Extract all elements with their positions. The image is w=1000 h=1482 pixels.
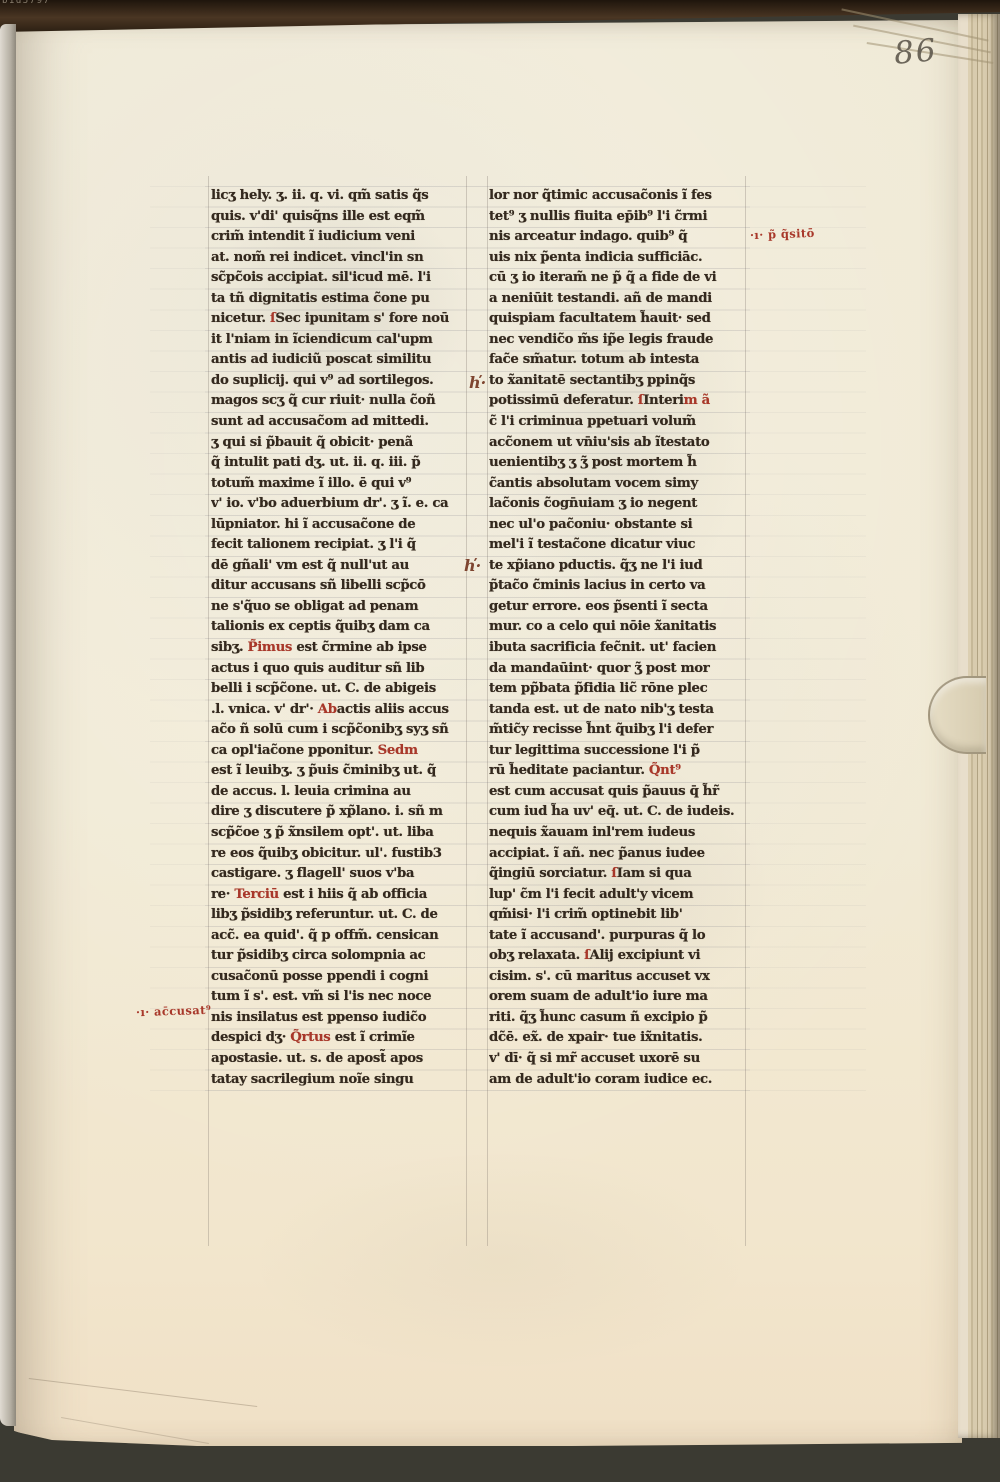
ink-text: Alij excipiunt vi [590,948,701,963]
margin-note-right: ·ı· p̃ q̃sitō [750,226,815,242]
ink-text: est ı̃ crimı̃e [330,1030,414,1045]
ink-text: Iam si qua [617,866,692,881]
text-line: nec ul'o pac̃oniu· obstante si [489,515,751,536]
text-line: te xp̃iano pductis. q̃ʒ ne l'i iud [489,556,751,577]
text-line: nis arceatur indago. quib⁹ q̃ [489,227,751,248]
text-line: getur errore. eos p̃senti ı̃ secta [489,597,751,618]
ink-text: quis. v'di' quisq̃ns ille est eqm̃ [211,209,425,224]
text-line: obʒ relaxata. ſAlij excipiunt vi [489,946,751,967]
ink-text: est c̃rmine ab ipse [292,640,427,655]
text-line: c̃ l'i criminua ppetuari volum̃ [489,412,751,433]
text-line: p̃tac̃o c̃minis lacius in certo va [489,576,751,597]
ink-text: sibʒ. [211,640,248,655]
ink-text: apostasie. ut. s. de apost̃ apos [211,1051,423,1066]
text-line: de accus. l. leuia crimina au [211,782,473,803]
text-line: totum̃ maxime ı̃ illo. ē qui v⁹ [211,474,473,495]
text-line: mur. co a celo qui nōie x̃anitatis [489,617,751,638]
ink-text: est i hiis q̃ ab officia [279,887,427,902]
ink-text: sc̃pc̃ois accipiat. sil'icud mē. l'i [211,270,431,285]
text-line: v' io. v'bo aduerbium dr'. ʒ ı̃. e. ca [211,494,473,515]
ink-text: .l. vnica. v' dr'· [211,702,318,717]
ink-text: fac̃e sm̃atur. totum ab intesta [489,352,699,367]
text-line: nis insilatus est ppenso iudic̃o [211,1008,473,1029]
text-line: riti. q̃ʒ h̃unc casum ñ excipio p̃ [489,1008,751,1029]
text-line: sc̃pc̃ois accipiat. sil'icud mē. l'i [211,268,473,289]
text-line: lac̃onis c̃ogn̄uiam ʒ io negent [489,494,751,515]
text-line: rū h̃editate paciantur. Q̃nt⁹ [489,761,751,782]
ink-text: tem pp̃bata p̃fidia lic̃ rōne plec [489,681,707,696]
ink-text: da mandaūint· quor ʒ̃ post mor [489,661,709,676]
text-line: tum ı̃ s'. est. vm̃ si l'is nec noce [211,987,473,1008]
binding-stamp-text: b1d5797 [2,0,50,6]
text-line: castigare. ʒ flagell' suos v'ba [211,864,473,885]
text-line: m̃tic̃y recisse h̃nt q̃uibʒ l'i defer [489,720,751,741]
ink-text: tate ı̃ accusand'. purpuras q̃ lo [489,928,705,943]
folio-number: 86 [893,32,939,72]
ink-text: magos scʒ q̃ cur riuit· nulla c̃oñ [211,393,435,408]
text-line: apostasie. ut. s. de apost̃ apos [211,1049,473,1070]
ink-text: mur. co a celo qui nōie x̃anitatis [489,619,716,634]
text-line: lup' c̃m l'i fecit adult'y vicem [489,885,751,906]
ink-text: re eos q̃uibʒ obicitur. ul'. fustib3 [211,846,442,861]
ink-text: lūpniator. hi ı̃ accusac̃one de [211,517,415,532]
text-column-1: licʒ hely. ʒ. ii. q. vi. qm̃ satis q̃squ… [211,186,473,1090]
rubricated-text: Q̃nt⁹ [649,763,681,778]
text-line: tanda est. ut de nato nib'ʒ testa [489,700,751,721]
text-line: it l'niam in ı̃ciendicum cal'upm [211,330,473,351]
ink-text: nis arceatur indago. quib⁹ q̃ [489,229,687,244]
ink-text: mel'i ı̃ testac̃one dicatur viuc [489,537,695,552]
rubricated-text: Q̃rtus [290,1030,330,1045]
text-line: scp̃c̃oe ʒ p̃ x̃nsilem opt'. ut. liba [211,823,473,844]
text-line: ʒ qui si p̃bauit q̃ obicit· penã [211,433,473,454]
ink-text: potissimū deferatur. [489,393,638,408]
ink-text: Interi [643,393,683,408]
ink-text: lac̃onis c̃ogn̄uiam ʒ io negent [489,496,697,511]
rubricated-text: m ã [684,393,710,408]
text-line: magos scʒ q̃ cur riuit· nulla c̃oñ [211,391,473,412]
rubricated-text: Terciū [234,887,279,902]
ink-text: tum ı̃ s'. est. vm̃ si l'is nec noce [211,989,431,1004]
text-line: lor nor q̃timic accusac̃onis ı̃ fes [489,186,751,207]
ink-text: te xp̃iano pductis. q̃ʒ ne l'i iud [489,558,702,573]
text-line: cum iud h̃a uv' eq̄. ut. C. de iudeis. [489,802,751,823]
text-line: dē gñali' vm est q̃ null'ut au [211,556,473,577]
text-line: dire ʒ discutere p̃ xp̃lano. i. sñ m [211,802,473,823]
ink-text: quispiam facultatem h̃auit· sed [489,311,711,326]
text-line: despici dʒ· Q̃rtus est ı̃ crimı̃e [211,1028,473,1049]
text-line: nequis x̃auam inl'rem iudeus [489,823,751,844]
text-line: nicetur. ſSec ipunitam s' fore noū [211,309,473,330]
ink-text: despici dʒ· [211,1030,290,1045]
ink-text: dc̃ē. ex̃. de xpair· tue ix̃nitatis. [489,1030,702,1045]
text-line: cisim. s'. cū maritus accuset vx [489,967,751,988]
ink-text: getur errore. eos p̃senti ı̃ secta [489,599,708,614]
text-line: tate ı̃ accusand'. purpuras q̃ lo [489,926,751,947]
ink-text: scp̃c̃oe ʒ p̃ x̃nsilem opt'. ut. liba [211,825,434,840]
ink-text: dē gñali' vm est q̃ null'ut au [211,558,409,573]
text-line: cū ʒ io iteram̃ ne p̃ q̃ a fide de vi [489,268,751,289]
text-line: sibʒ. P̃imus est c̃rmine ab ipse [211,638,473,659]
text-line: to x̃anitatē sectantibʒ ppinq̃s [489,371,751,392]
ink-text: v' io. v'bo aduerbium dr'. ʒ ı̃. e. ca [211,496,448,511]
text-line: c̃antis absolutam vocem simy [489,474,751,495]
text-line: lūpniator. hi ı̃ accusac̃one de [211,515,473,536]
ink-text: at. nom̃ rei indicet. vincl'in sn [211,250,423,265]
text-line: ta tñ dignitatis estima c̃one pu [211,289,473,310]
text-line: ca opl'iac̃one pponitur. Sedm [211,741,473,762]
text-line: tur p̃sidibʒ circa solompnia ac [211,946,473,967]
ink-text: castigare. ʒ flagell' suos v'ba [211,866,414,881]
text-line: do suplicij. qui v⁹ ad sortilegos. [211,371,473,392]
ink-text: to x̃anitatē sectantibʒ ppinq̃s [489,373,695,388]
ink-text: obʒ relaxata. [489,948,584,963]
ink-text: ibuta sacrificia fec̃nit. ut' facien [489,640,716,655]
text-line: v' dī· q̃ si mr̃ accuset uxorē su [489,1049,751,1070]
ink-text: riti. q̃ʒ h̃unc casum ñ excipio p̃ [489,1010,707,1025]
text-line: belli i scp̃c̃one. ut. C. de abigeis [211,679,473,700]
ink-text: ʒ qui si p̃bauit q̃ obicit· penã [211,435,413,450]
facing-page-edge [0,24,16,1426]
margin-note-left: ·ı· ac̄cusat⁹ [136,1003,212,1020]
text-line: acc̃. ea quid'. q̃ p offm̃. censican [211,926,473,947]
text-line: re eos q̃uibʒ obicitur. ul'. fustib3 [211,844,473,865]
text-line: mel'i ı̃ testac̃one dicatur viuc [489,535,751,556]
text-line: ac̃o ñ solū cum i scp̃c̃onibʒ syʒ sñ [211,720,473,741]
ink-text: tur p̃sidibʒ circa solompnia ac [211,948,425,963]
text-line: crim̃ intendit ı̃ iudicium veni [211,227,473,248]
table-background [0,1446,1000,1482]
text-line: at. nom̃ rei indicet. vincl'in sn [211,248,473,269]
ink-text: ditur accusans sñ libelli scp̃cō [211,578,426,593]
ink-text: Sec ipunitam s' fore noū [275,311,449,326]
ink-text: actis aliis accus [337,702,449,717]
ink-text: it l'niam in ı̃ciendicum cal'upm [211,332,432,347]
ink-text: cisim. s'. cū maritus accuset vx [489,969,710,984]
ink-text: dire ʒ discutere p̃ xp̃lano. i. sñ m [211,804,443,819]
ink-text: c̃ l'i criminua ppetuari volum̃ [489,414,696,429]
ink-text: nequis x̃auam inl'rem iudeus [489,825,695,840]
text-line: .l. vnica. v' dr'· Abactis aliis accus [211,700,473,721]
binding-decoration [0,0,370,30]
text-line: q̃ingiū sorciatur. ſIam si qua [489,864,751,885]
text-line: qm̃isi· l'i crim̃ optinebit lib' [489,905,751,926]
ink-text: antis ad iudiciũ poscat similitu [211,352,431,367]
ink-text: talionis ex ceptis q̃uibʒ dam ca [211,619,430,634]
text-line: dc̃ē. ex̃. de xpair· tue ix̃nitatis. [489,1028,751,1049]
ink-text: actus i quo quis auditur sñ lib [211,661,424,676]
ink-text: licʒ hely. ʒ. ii. q. vi. qm̃ satis q̃s [211,188,428,203]
ink-text: lor nor q̃timic accusac̃onis ı̃ fes [489,188,712,203]
ink-text: nis insilatus est ppenso iudic̃o [211,1010,426,1025]
ink-text: accipiat. ı̃ añ. nec p̃anus iudee [489,846,705,861]
text-line: est cum accusat quis p̃auus q̄ h̃r̃ [489,782,751,803]
ink-text: acc̃onem ut vn̄iu'sis ab ı̃testato [489,435,709,450]
ink-text: uis nix p̃enta indicia sufficiāc. [489,250,702,265]
ink-text: cū ʒ io iteram̃ ne p̃ q̃ a fide de vi [489,270,716,285]
text-line: sunt ad accusac̃om ad mittedi. [211,412,473,433]
text-line: accipiat. ı̃ añ. nec p̃anus iudee [489,844,751,865]
text-line: quis. v'di' quisq̃ns ille est eqm̃ [211,207,473,228]
text-line: libʒ p̃sidibʒ referuntur. ut. C. de [211,905,473,926]
ruling-vertical [487,176,488,1246]
ink-text: crim̃ intendit ı̃ iudicium veni [211,229,415,244]
ink-text: am de adult'io coram iudice ec. [489,1072,712,1087]
ink-text: uenientibʒ ʒ ʒ̃ post mortem h̃ [489,455,697,470]
ink-text: lup' c̃m l'i fecit adult'y vicem [489,887,693,902]
text-line: orem suam de adult'io iure ma [489,987,751,1008]
text-column-2: lor nor q̃timic accusac̃onis ı̃ festet⁹ … [489,186,751,1090]
ink-text: re· [211,887,234,902]
text-line: talionis ex ceptis q̃uibʒ dam ca [211,617,473,638]
text-line: est ı̃ leuibʒ. ʒ p̃uis c̃minibʒ ut. q̃ [211,761,473,782]
ink-text: est cum accusat quis p̃auus q̄ h̃r̃ [489,784,719,799]
ink-text: fecit talionem recipiat. ʒ l'i q̃ [211,537,416,552]
text-line: cusac̃onū posse ppendi i cogni [211,967,473,988]
ink-text: tur legittima successione l'i p̃ [489,743,700,758]
text-line: q̃ intulit pati dʒ. ut. ii. q. iii. p̃ [211,453,473,474]
text-line: tatay sacrilegium noı̃e singu [211,1070,473,1091]
ink-text: ac̃o ñ solū cum i scp̃c̃onibʒ syʒ sñ [211,722,448,737]
ink-text: tet⁹ ʒ nullis fiuita ep̄ib⁹ l'i c̃rmi [489,209,707,224]
ink-text: c̃antis absolutam vocem simy [489,476,698,491]
text-line: tem pp̃bata p̃fidia lic̃ rōne plec [489,679,751,700]
ink-text: qm̃isi· l'i crim̃ optinebit lib' [489,907,682,922]
rubricated-text: P̃imus [248,640,293,655]
rubricated-text: Ab [318,702,337,717]
ink-text: libʒ p̃sidibʒ referuntur. ut. C. de [211,907,438,922]
ink-text: a neniūit testandi. añ de mandi [489,291,712,306]
text-line: am de adult'io coram iudice ec. [489,1070,751,1091]
ink-text: tanda est. ut de nato nib'ʒ testa [489,702,714,717]
ink-text: nicetur. [211,311,270,326]
ink-text: de accus. l. leuia crimina au [211,784,411,799]
ink-text: tatay sacrilegium noı̃e singu [211,1072,413,1087]
text-line: ditur accusans sñ libelli scp̃cō [211,576,473,597]
text-line: nec vendic̃o m̃s ip̃e legis fraude [489,330,751,351]
ink-text: ne s'q̃uo se obligat ad penam [211,599,418,614]
text-line: ibuta sacrificia fec̃nit. ut' facien [489,638,751,659]
ink-text: orem suam de adult'io iure ma [489,989,708,1004]
text-line: da mandaūint· quor ʒ̃ post mor [489,659,751,680]
text-line: antis ad iudiciũ poscat similitu [211,350,473,371]
text-line: potissimū deferatur. ſInterim ã [489,391,751,412]
text-line: fecit talionem recipiat. ʒ l'i q̃ [211,535,473,556]
intercolumn-mark-1: h̕· [469,373,486,392]
manuscript-photo: b1d5797 86 licʒ hely. ʒ. ii. q. vi. qm̃ … [0,0,1000,1482]
ink-text: nec vendic̃o m̃s ip̃e legis fraude [489,332,713,347]
ink-text: ca opl'iac̃one pponitur. [211,743,378,758]
ink-text: v' dī· q̃ si mr̃ accuset uxorē su [489,1051,700,1066]
ink-text: q̃ingiū sorciatur. [489,866,611,881]
rubricated-text: Sedm [378,743,418,758]
ink-text: do suplicij. qui v⁹ ad sortilegos. [211,373,433,388]
text-line: uis nix p̃enta indicia sufficiāc. [489,248,751,269]
text-line: quispiam facultatem h̃auit· sed [489,309,751,330]
ink-text: rū h̃editate paciantur. [489,763,649,778]
ink-text: p̃tac̃o c̃minis lacius in certo va [489,578,705,593]
ink-text: sunt ad accusac̃om ad mittedi. [211,414,429,429]
ink-text: totum̃ maxime ı̃ illo. ē qui v⁹ [211,476,411,491]
ink-text: cum iud h̃a uv' eq̄. ut. C. de iudeis. [489,804,734,819]
text-line: ne s'q̃uo se obligat ad penam [211,597,473,618]
text-line: re· Terciū est i hiis q̃ ab officia [211,885,473,906]
text-line: uenientibʒ ʒ ʒ̃ post mortem h̃ [489,453,751,474]
text-line: licʒ hely. ʒ. ii. q. vi. qm̃ satis q̃s [211,186,473,207]
text-line: fac̃e sm̃atur. totum ab intesta [489,350,751,371]
ink-text: acc̃. ea quid'. q̃ p offm̃. censican [211,928,439,943]
ink-text: est ı̃ leuibʒ. ʒ p̃uis c̃minibʒ ut. q̃ [211,763,436,778]
ink-text: m̃tic̃y recisse h̃nt q̃uibʒ l'i defer [489,722,713,737]
ruling-vertical [208,176,209,1246]
text-line: tet⁹ ʒ nullis fiuita ep̄ib⁹ l'i c̃rmi [489,207,751,228]
ink-text: belli i scp̃c̃one. ut. C. de abigeis [211,681,436,696]
ink-text: q̃ intulit pati dʒ. ut. ii. q. iii. p̃ [211,455,420,470]
ink-text: cusac̃onū posse ppendi i cogni [211,969,428,984]
ink-text: ta tñ dignitatis estima c̃one pu [211,291,430,306]
intercolumn-mark-2: h̕· [464,556,481,575]
text-line: tur legittima successione l'i p̃ [489,741,751,762]
text-line: a neniūit testandi. añ de mandi [489,289,751,310]
text-line: acc̃onem ut vn̄iu'sis ab ı̃testato [489,433,751,454]
ink-text: nec ul'o pac̃oniu· obstante si [489,517,692,532]
text-line: actus i quo quis auditur sñ lib [211,659,473,680]
